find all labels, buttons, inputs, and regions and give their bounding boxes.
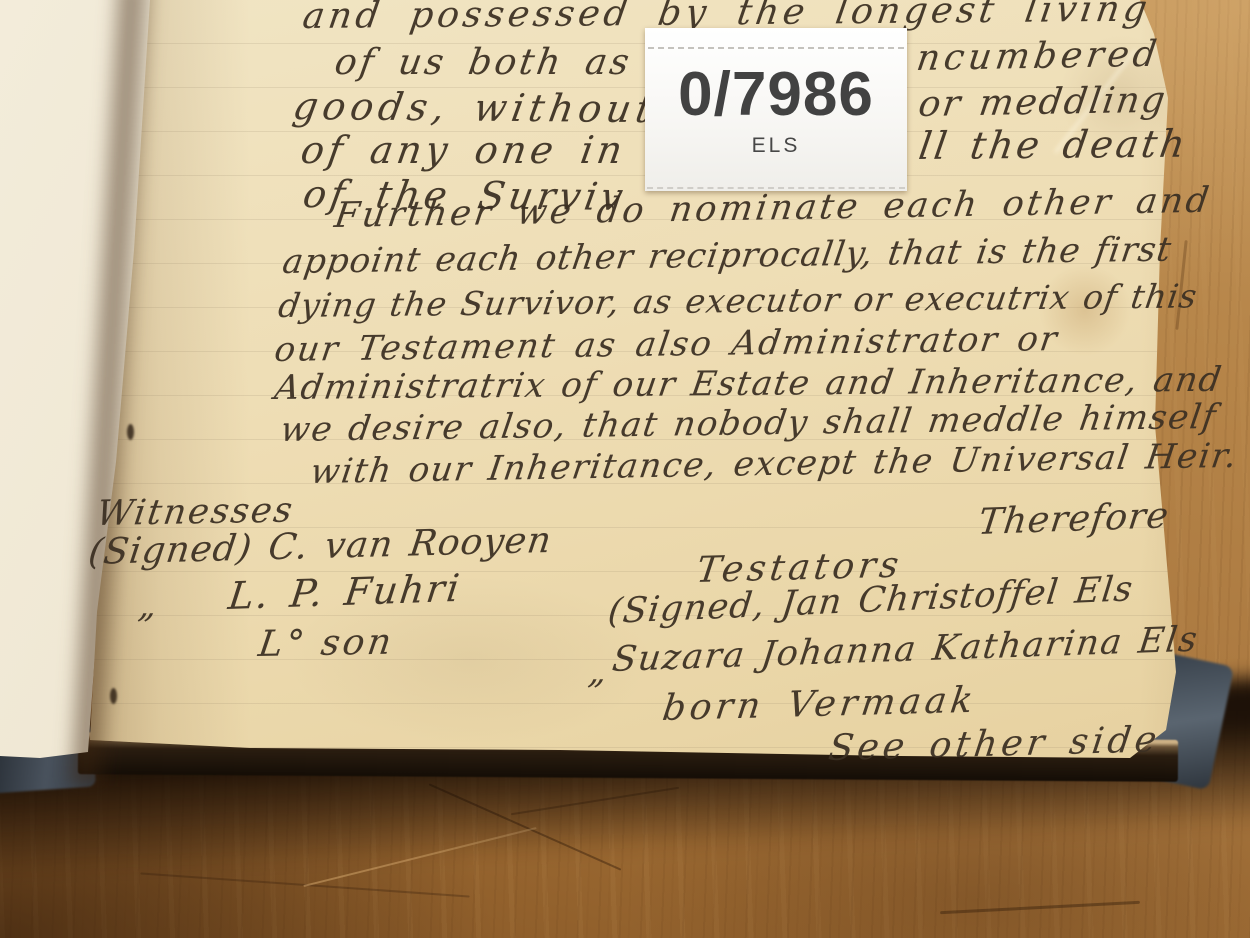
testator-signature: born Vermaak (660, 680, 979, 729)
witness-signature: L° son (256, 622, 397, 665)
manuscript-line: of any one in t (298, 128, 673, 172)
manuscript-line: goods, without (290, 84, 660, 131)
manuscript-line: ncumbered (914, 34, 1163, 79)
photo-scene: and possessed by the longest living of u… (0, 0, 1250, 938)
binding-stitch (127, 424, 134, 440)
witness-signature: L. P. Fuhri (226, 566, 464, 618)
manuscript-line: or meddling (916, 80, 1170, 125)
label-code: ELS (645, 134, 907, 158)
manuscript-line: Therefore (976, 495, 1172, 543)
manuscript-line: of us both as fr (332, 42, 694, 83)
archive-label: 0/7986 ELS (645, 28, 907, 191)
binding-stitch (110, 688, 117, 704)
label-number: 0/7986 (645, 64, 907, 126)
manuscript-line: ll the death (916, 122, 1191, 168)
